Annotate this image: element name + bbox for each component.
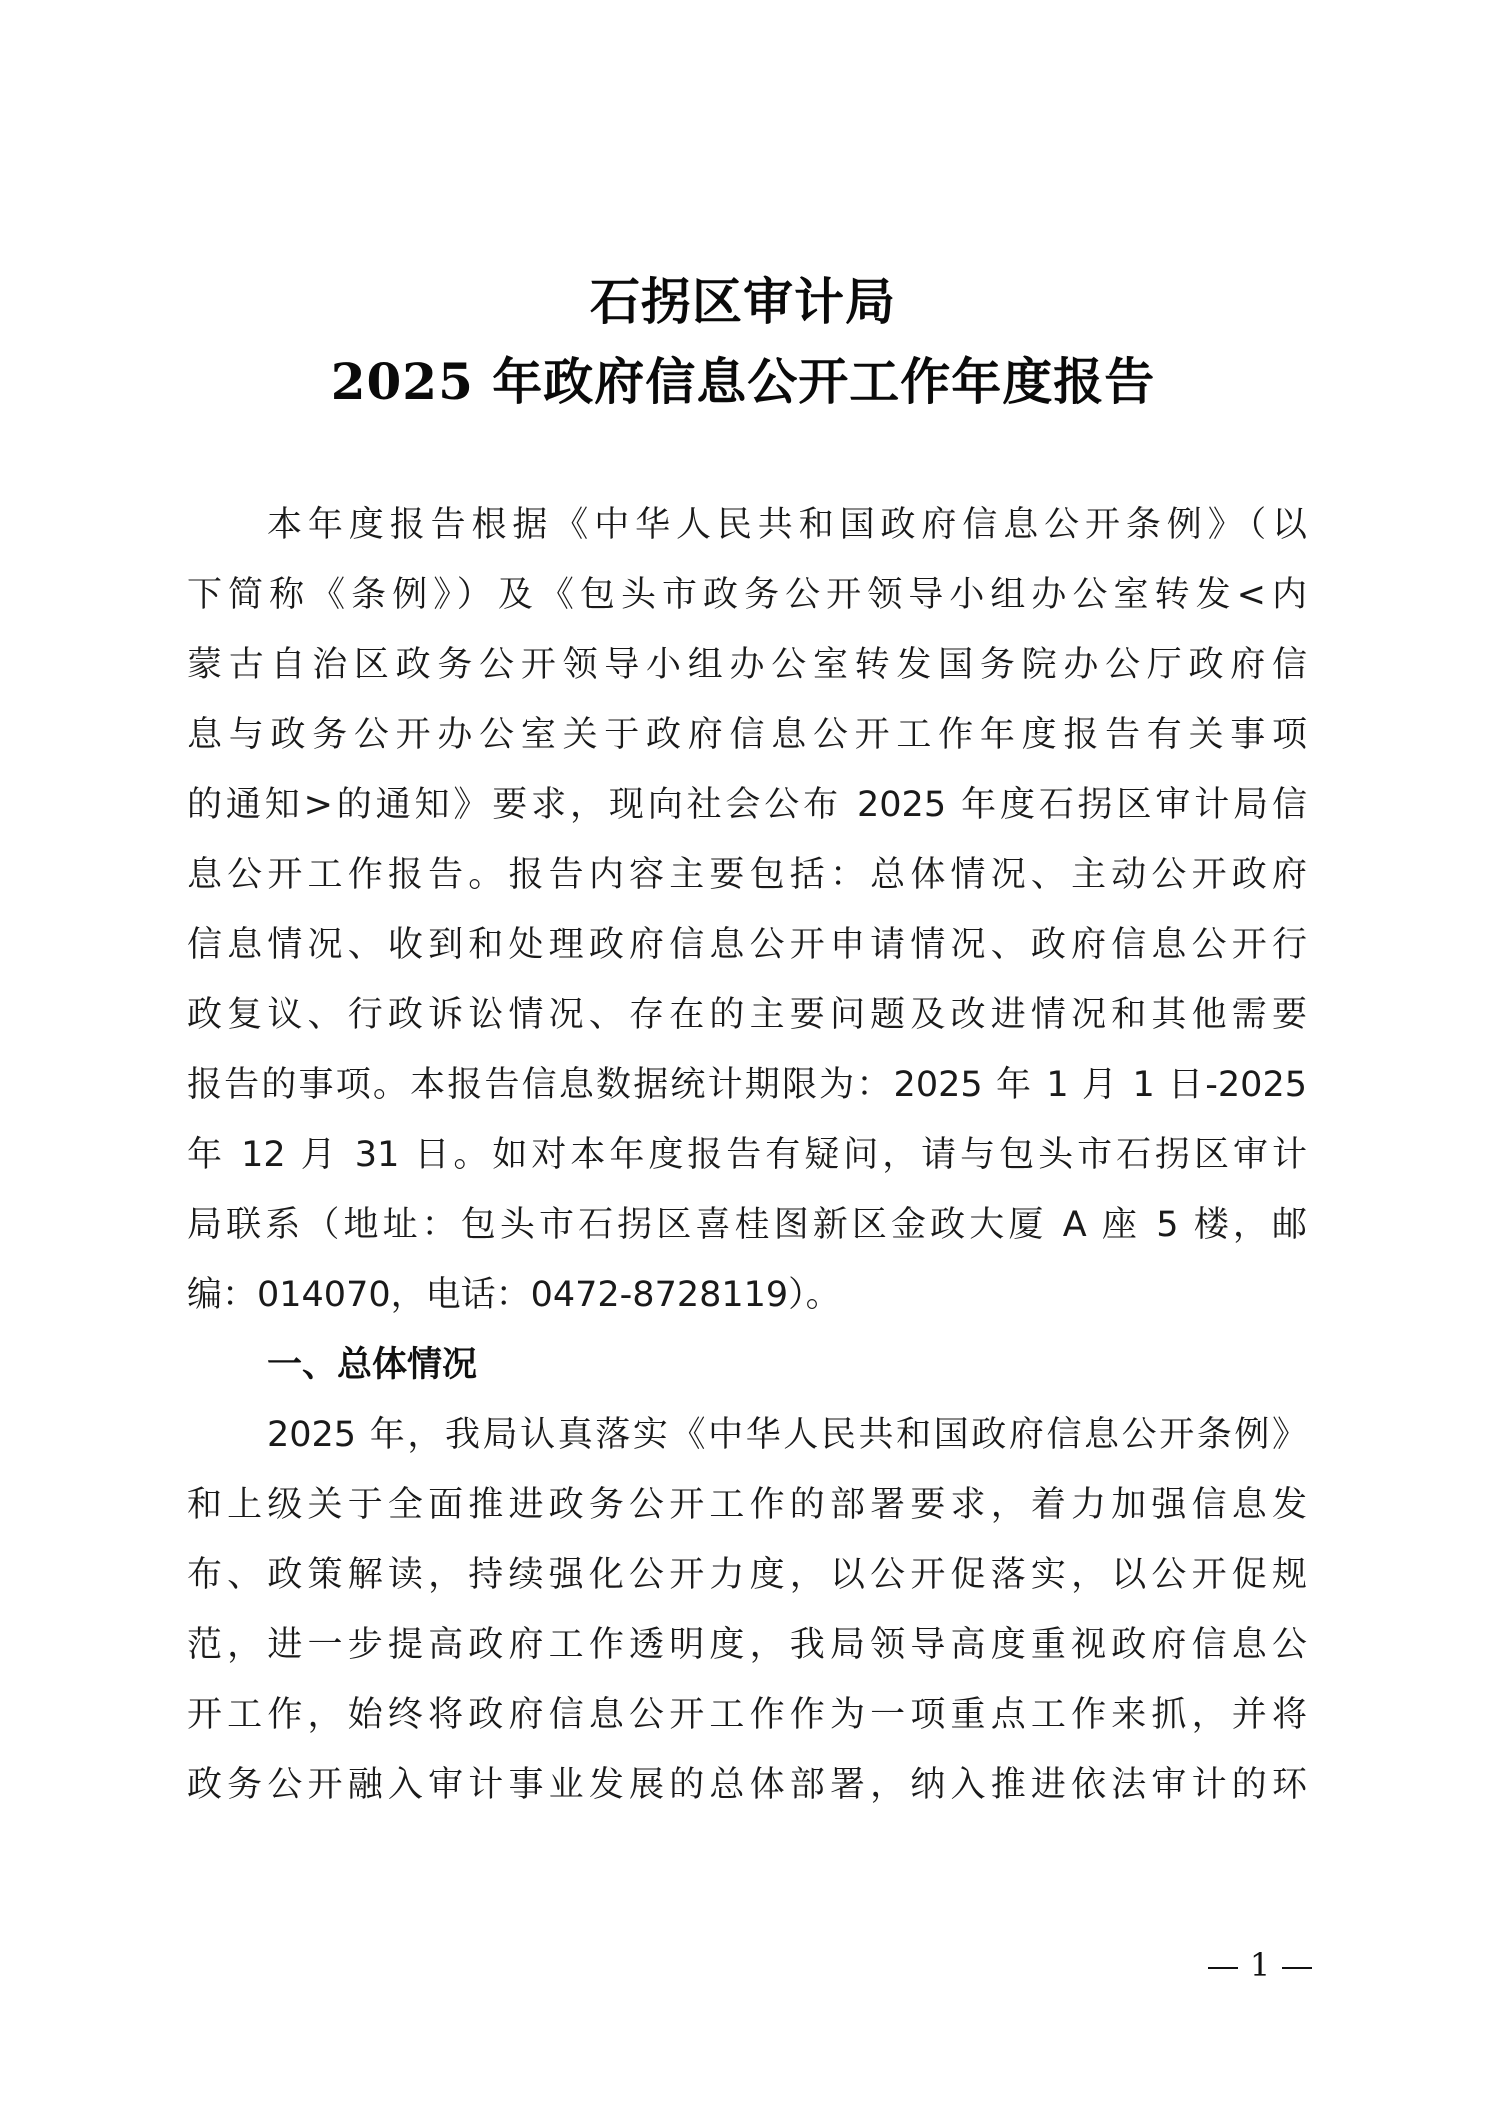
overview-line: 布、政策解读，持续强化公开力度，以公开促落实，以公开促规 [187, 1540, 1307, 1610]
page-number: 1 [1180, 1945, 1340, 1985]
intro-line: 信息情况、收到和处理政府信息公开申请情况、政府信息公开行 [187, 910, 1307, 980]
overview-line: 政务公开融入审计事业发展的总体部署，纳入推进依法审计的环 [187, 1750, 1307, 1820]
overview-line: 和上级关于全面推进政务公开工作的部署要求，着力加强信息发 [187, 1470, 1307, 1540]
intro-line: 年 12 月 31 日。如对本年度报告有疑问，请与包头市石拐区审计 [187, 1120, 1307, 1190]
page-number-value: 1 [1250, 1946, 1270, 1984]
dash-decoration [1282, 1967, 1312, 1969]
intro-line: 本年度报告根据《中华人民共和国政府信息公开条例》（以 [187, 490, 1307, 560]
intro-line: 蒙古自治区政务公开领导小组办公室转发国务院办公厅政府信 [187, 630, 1307, 700]
intro-line: 息公开工作报告。报告内容主要包括：总体情况、主动公开政府 [187, 840, 1307, 910]
overview-line: 范，进一步提高政府工作透明度，我局领导高度重视政府信息公 [187, 1610, 1307, 1680]
intro-line: 报告的事项。本报告信息数据统计期限为：2025 年 1 月 1 日-2025 [187, 1050, 1307, 1120]
document-title-report: 2025 年政府信息公开工作年度报告 [0, 350, 1486, 414]
overview-paragraph: 2025 年，我局认真落实《中华人民共和国政府信息公开条例》 和上级关于全面推进… [187, 1400, 1307, 1820]
document-body: 本年度报告根据《中华人民共和国政府信息公开条例》（以 下简称《条例》）及《包头市… [187, 490, 1307, 1820]
section-heading-overview: 一、总体情况 [187, 1330, 1307, 1400]
overview-line: 2025 年，我局认真落实《中华人民共和国政府信息公开条例》 [187, 1400, 1307, 1470]
intro-line: 下简称《条例》）及《包头市政务公开领导小组办公室转发<内 [187, 560, 1307, 630]
intro-line: 的通知>的通知》要求，现向社会公布 2025 年度石拐区审计局信 [187, 770, 1307, 840]
document-title-agency: 石拐区审计局 [0, 270, 1486, 334]
intro-line: 息与政务公开办公室关于政府信息公开工作年度报告有关事项 [187, 700, 1307, 770]
overview-line: 开工作，始终将政府信息公开工作作为一项重点工作来抓，并将 [187, 1680, 1307, 1750]
document-page: 石拐区审计局 2025 年政府信息公开工作年度报告 本年度报告根据《中华人民共和… [0, 0, 1486, 2103]
intro-line: 局联系（地址：包头市石拐区喜桂图新区金政大厦 A 座 5 楼，邮 [187, 1190, 1307, 1260]
intro-paragraph: 本年度报告根据《中华人民共和国政府信息公开条例》（以 下简称《条例》）及《包头市… [187, 490, 1307, 1330]
dash-decoration [1208, 1967, 1238, 1969]
intro-line: 政复议、行政诉讼情况、存在的主要问题及改进情况和其他需要 [187, 980, 1307, 1050]
intro-line: 编：014070，电话：0472-8728119）。 [187, 1260, 1307, 1330]
